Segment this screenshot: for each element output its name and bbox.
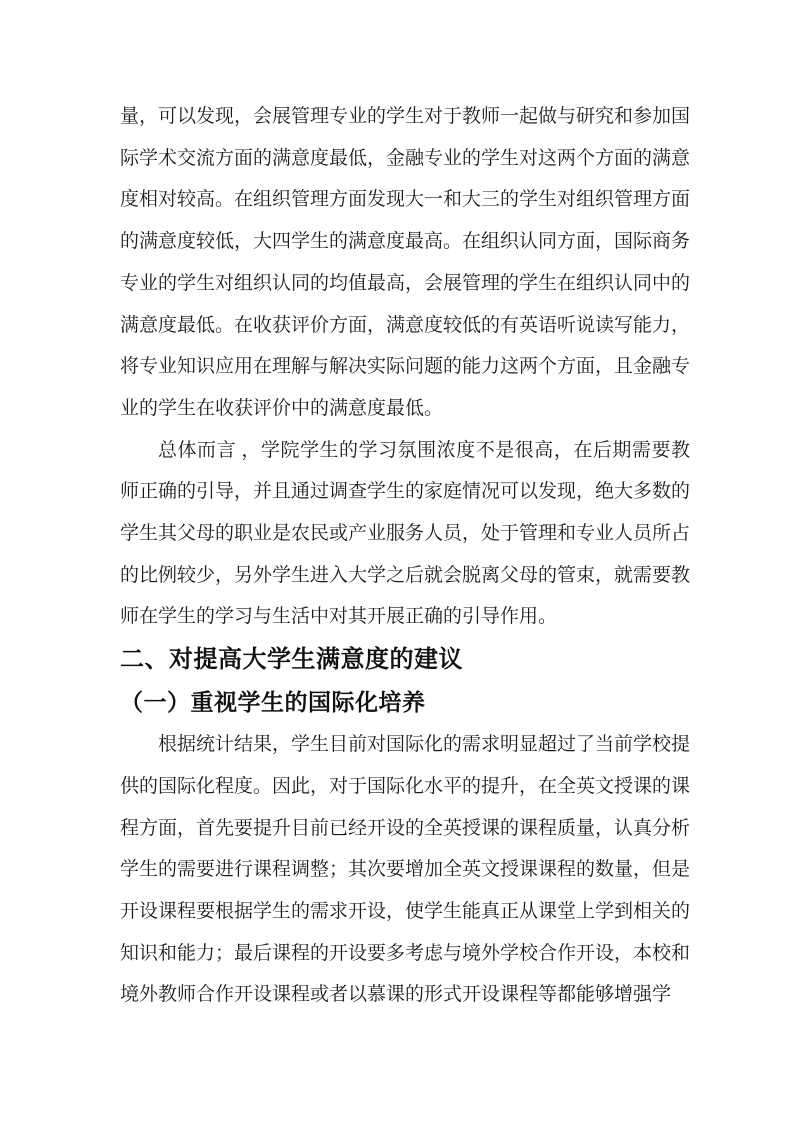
document-page: 量，可以发现，会展管理专业的学生对于教师一起做与研究和参加国际学术交流方面的满意… (0, 0, 800, 1131)
paragraph-satisfaction-findings: 量，可以发现，会展管理专业的学生对于教师一起做与研究和参加国际学术交流方面的满意… (120, 96, 690, 430)
document-content: 量，可以发现，会展管理专业的学生对于教师一起做与研究和参加国际学术交流方面的满意… (120, 96, 690, 1016)
paragraph-internationalization-advice: 根据统计结果，学生目前对国际化的需求明显超过了当前学校提供的国际化程度。因此，对… (120, 724, 690, 1016)
paragraph-overall-summary: 总体而言 ，学院学生的学习氛围浓度不是很高，在后期需要教师正确的引导，并且通过调… (120, 430, 690, 639)
subsection-heading-internationalization: （一）重视学生的国际化培养 (120, 681, 690, 724)
section-heading-suggestions: 二、对提高大学生满意度的建议 (120, 638, 690, 681)
